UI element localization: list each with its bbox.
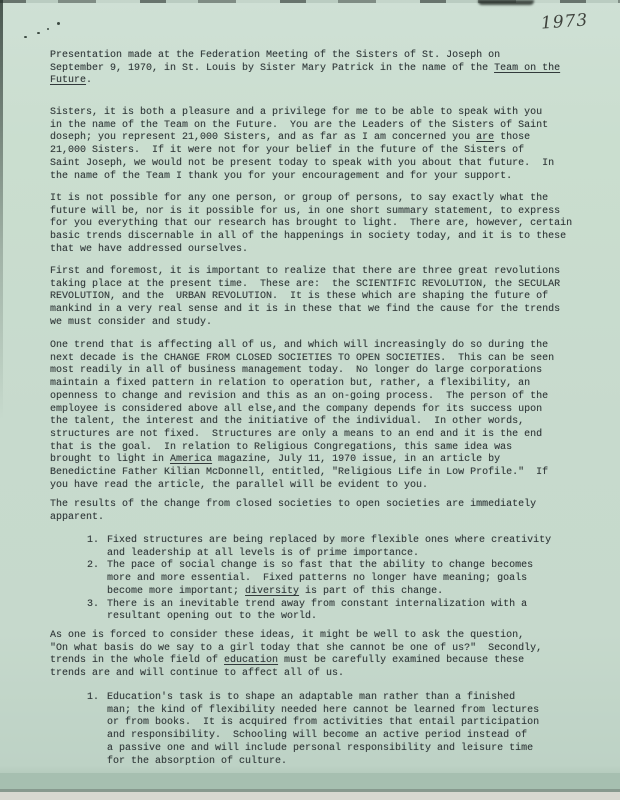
scan-left-edge [0, 0, 3, 420]
paragraph-open-societies: One trend that is affecting all of us, a… [50, 340, 554, 492]
numbered-list-education: 1.Education's task is to shape an adapta… [87, 692, 539, 768]
paragraph-three-revolutions: First and foremost, it is important to r… [50, 266, 560, 330]
list-item: 1.Fixed structures are being replaced by… [87, 535, 551, 560]
paragraph-text: It is not possible for any one person, o… [50, 193, 572, 255]
title-paragraph: Presentation made at the Federation Meet… [50, 50, 560, 88]
scan-background-strip [0, 792, 620, 800]
scanned-page: 1973 Presentation made at the Federation… [0, 0, 620, 789]
list-item-text: Education's task is to shape an adaptabl… [107, 692, 539, 768]
list-item: 1.Education's task is to shape an adapta… [87, 692, 539, 768]
paragraph-text: Sisters, it is both a pleasure and a pri… [50, 107, 548, 143]
handwritten-year: 1973 [540, 10, 589, 33]
paragraph-results-intro: The results of the change from closed so… [50, 499, 536, 524]
ink-dot [37, 32, 40, 34]
underlined-word-diversity: diversity [245, 586, 299, 597]
paper-bottom-shadow [0, 773, 620, 789]
list-item-text: Fixed structures are being replaced by m… [107, 535, 551, 560]
ink-dot [57, 22, 60, 25]
paragraph-text: First and foremost, it is important to r… [50, 266, 560, 328]
list-item-number: 2. [87, 560, 107, 573]
list-item-text: There is an inevitable trend away from c… [107, 599, 527, 624]
underlined-word-are: are [476, 132, 494, 143]
ink-dot [47, 28, 49, 30]
list-item: 3.There is an inevitable trend away from… [87, 599, 551, 624]
list-item-number: 1. [87, 535, 107, 548]
paragraph-greeting: Sisters, it is both a pleasure and a pri… [50, 107, 554, 183]
list-item-number: 3. [87, 599, 107, 612]
paragraph-text: One trend that is affecting all of us, a… [50, 340, 554, 465]
underlined-word-education: education [224, 655, 278, 666]
list-item-number: 1. [87, 692, 107, 705]
title-text: Presentation made at the Federation Meet… [50, 50, 500, 74]
numbered-list-society-changes: 1.Fixed structures are being replaced by… [87, 535, 551, 624]
list-item-text-segment: is part of this change. [299, 586, 443, 597]
ink-dot [24, 36, 27, 38]
list-item: 2.The pace of social change is so fast t… [87, 560, 551, 598]
paragraph-education-intro: As one is forced to consider these ideas… [50, 630, 542, 681]
underlined-word-america: America [170, 454, 212, 465]
scan-smudge-mark [478, 0, 534, 5]
paragraph-trends-intro: It is not possible for any one person, o… [50, 193, 572, 257]
title-period: . [86, 75, 92, 86]
list-item-text: The pace of social change is so fast tha… [107, 560, 533, 598]
paragraph-text: The results of the change from closed so… [50, 499, 536, 523]
